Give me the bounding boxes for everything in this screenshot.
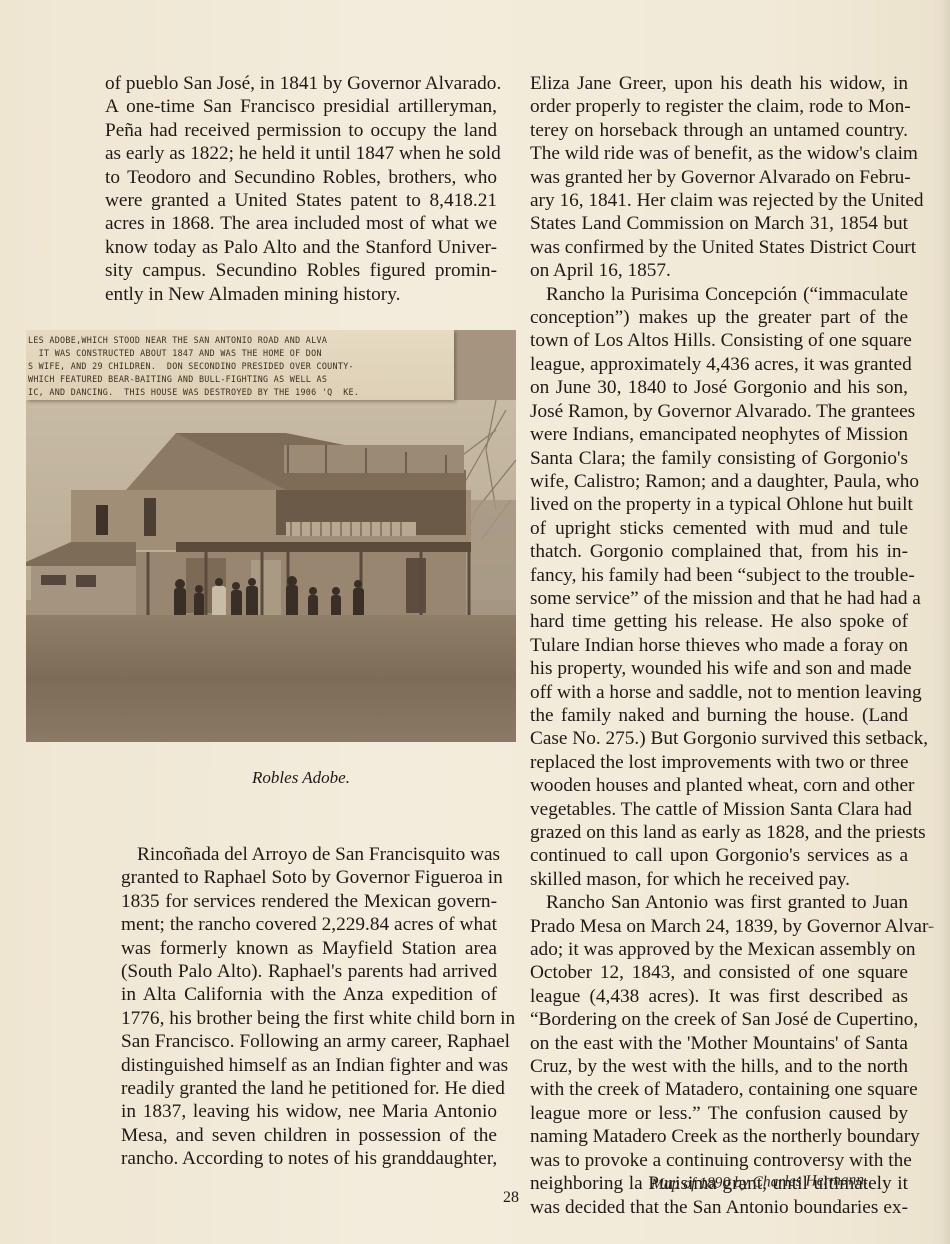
text-line: in Alta California with the Anza expedit… [105, 983, 497, 1006]
text-line: A one-time San Francisco presidial artil… [105, 95, 497, 118]
text-line: in 1837, leaving his widow, nee Maria An… [105, 1100, 497, 1123]
text-line: were Indians, emancipated neophytes of M… [530, 423, 908, 446]
text-line: lived on the property in a typical Ohlon… [530, 493, 908, 516]
text-line: naming Matadero Creek as the northerly b… [530, 1125, 908, 1148]
text-line: Case No. 275.) But Gorgonio survived thi… [530, 727, 908, 750]
text-line: to Teodoro and Secundino Robles, brother… [105, 166, 497, 189]
right-column-text: Eliza Jane Greer, upon his death his wid… [530, 72, 908, 1219]
label-line: IC, AND DANCING. THIS HOUSE WAS DESTROYE… [28, 387, 359, 397]
text-line: Tulare Indian horse thieves who made a f… [530, 634, 908, 657]
text-line: The wild ride was of benefit, as the wid… [530, 142, 908, 165]
text-line: town of Los Altos Hills. Consisting of o… [530, 329, 908, 352]
text-line: granted to Raphael Soto by Governor Figu… [105, 866, 497, 889]
text-line: continued to call upon Gorgonio's servic… [530, 844, 908, 867]
text-line: skilled mason, for which he received pay… [530, 868, 908, 891]
page-number: 28 [503, 1189, 519, 1207]
text-line: grazed on this land as early as 1828, an… [530, 821, 908, 844]
text-line: was decided that the San Antonio boundar… [530, 1196, 908, 1219]
label-line: WHICH FEATURED BEAR-BAITING AND BULL-FIG… [28, 374, 327, 384]
text-line: terey on horseback through an untamed co… [530, 119, 908, 142]
photo-caption: Robles Adobe. [105, 768, 497, 788]
text-line: (South Palo Alto). Raphael's parents had… [105, 960, 497, 983]
text-line: ary 16, 1841. Her claim was rejected by … [530, 189, 908, 212]
text-line: know today as Palo Alto and the Stanford… [105, 236, 497, 259]
text-line: distinguished himself as an Indian fight… [105, 1054, 497, 1077]
text-line: ment; the rancho covered 2,229.84 acres … [105, 913, 497, 936]
text-line: Rancho San Antonio was first granted to … [530, 891, 908, 914]
text-line: was confirmed by the United States Distr… [530, 236, 908, 259]
text-line: were granted a United States patent to 8… [105, 189, 497, 212]
text-line: league more or less.” The confusion caus… [530, 1102, 908, 1125]
text-line: ado; it was approved by the Mexican asse… [530, 938, 908, 961]
text-line: Prado Mesa on March 24, 1839, by Governo… [530, 915, 908, 938]
text-line: of upright sticks cemented with mud and … [530, 517, 908, 540]
left-column-top-text: of pueblo San José, in 1841 by Governor … [105, 72, 497, 306]
text-line: States Land Commission on March 31, 1854… [530, 212, 908, 235]
text-line: hard time getting his release. He also s… [530, 610, 908, 633]
text-line: sity campus. Secundino Robles figured pr… [105, 259, 497, 282]
text-line: on the east with the 'Mother Mountains' … [530, 1032, 908, 1055]
text-line: was formerly known as Mayfield Station a… [105, 937, 497, 960]
text-line: replaced the lost improvements with two … [530, 751, 908, 774]
text-line: Peña had received permission to occupy t… [105, 119, 497, 142]
text-line: wooden houses and planted wheat, corn an… [530, 774, 908, 797]
text-line: some service” of the mission and that he… [530, 587, 908, 610]
paragraph-purisima: Rancho la Purisima Concepción (“immacula… [530, 283, 908, 892]
text-line: Rancho la Purisima Concepción (“immacula… [530, 283, 908, 306]
text-line: San Francisco. Following an army career,… [105, 1030, 497, 1053]
left-column-bottom-text: Rincoñada del Arroyo de San Francisquito… [105, 843, 497, 1171]
text-line: on April 16, 1857. [530, 259, 908, 282]
text-line: the family naked and burning the house. … [530, 704, 908, 727]
text-line: readily granted the land he petitioned f… [105, 1077, 497, 1100]
text-line: was to provoke a continuing controversy … [530, 1149, 908, 1172]
text-line: Eliza Jane Greer, upon his death his wid… [530, 72, 908, 95]
text-line: “Bordering on the creek of San José de C… [530, 1008, 908, 1031]
label-line: S WIFE, AND 29 CHILDREN. DON SECONDINO P… [28, 361, 354, 371]
text-line: thatch. Gorgonio complained that, from h… [530, 540, 908, 563]
text-line: league, approximately 4,436 acres, it wa… [530, 353, 908, 376]
book-page: of pueblo San José, in 1841 by Governor … [0, 0, 950, 1244]
paragraph-greer-claim: Eliza Jane Greer, upon his death his wid… [530, 72, 908, 283]
text-line: fancy, his family had been “subject to t… [530, 564, 908, 587]
paragraph-san-antonio: Rancho San Antonio was first granted to … [530, 891, 908, 1219]
label-line: IT WAS CONSTRUCTED ABOUT 1847 AND WAS TH… [28, 348, 322, 358]
page-edge-shadow [926, 0, 950, 1244]
text-line: was granted her by Governor Alvarado on … [530, 166, 908, 189]
text-line: Mesa, and seven children in possession o… [105, 1124, 497, 1147]
text-line: 1835 for services rendered the Mexican g… [105, 890, 497, 913]
text-line: October 12, 1843, and consisted of one s… [530, 961, 908, 984]
text-line: conception”) makes up the greater part o… [530, 306, 908, 329]
text-line: on June 30, 1840 to José Gorgonio and hi… [530, 376, 908, 399]
photo-typewritten-label: LES ADOBE,WHICH STOOD NEAR THE SAN ANTON… [26, 330, 454, 400]
text-line: José Ramon, by Governor Alvarado. The gr… [530, 400, 908, 423]
photo-ground [26, 615, 516, 742]
text-line: 1776, his brother being the first white … [105, 1007, 497, 1030]
text-line: Cruz, by the west with the hills, and to… [530, 1055, 908, 1078]
text-line: with the creek of Matadero, containing o… [530, 1078, 908, 1101]
text-line: acres in 1868. The area included most of… [105, 212, 497, 235]
text-line: wife, Calistro; Ramon; and a daughter, P… [530, 470, 908, 493]
text-line: off with a horse and saddle, not to ment… [530, 681, 908, 704]
text-line: rancho. According to notes of his grandd… [105, 1147, 497, 1170]
text-line: vegetables. The cattle of Mission Santa … [530, 798, 908, 821]
text-line: league (4,438 acres). It was first descr… [530, 985, 908, 1008]
text-line: Rincoñada del Arroyo de San Francisquito… [105, 843, 497, 866]
paragraph: Rincoñada del Arroyo de San Francisquito… [105, 843, 497, 1171]
text-line: of pueblo San José, in 1841 by Governor … [105, 72, 497, 95]
text-line: as early as 1822; he held it until 1847 … [105, 142, 497, 165]
label-line: LES ADOBE,WHICH STOOD NEAR THE SAN ANTON… [28, 335, 327, 345]
text-line: ently in New Almaden mining history. [105, 283, 497, 306]
text-line: his property, wounded his wife and son a… [530, 657, 908, 680]
text-line: order properly to register the claim, ro… [530, 95, 908, 118]
text-line: Santa Clara; the family consisting of Go… [530, 447, 908, 470]
paragraph: of pueblo San José, in 1841 by Governor … [105, 72, 497, 306]
robles-adobe-photo: LES ADOBE,WHICH STOOD NEAR THE SAN ANTON… [26, 330, 516, 742]
